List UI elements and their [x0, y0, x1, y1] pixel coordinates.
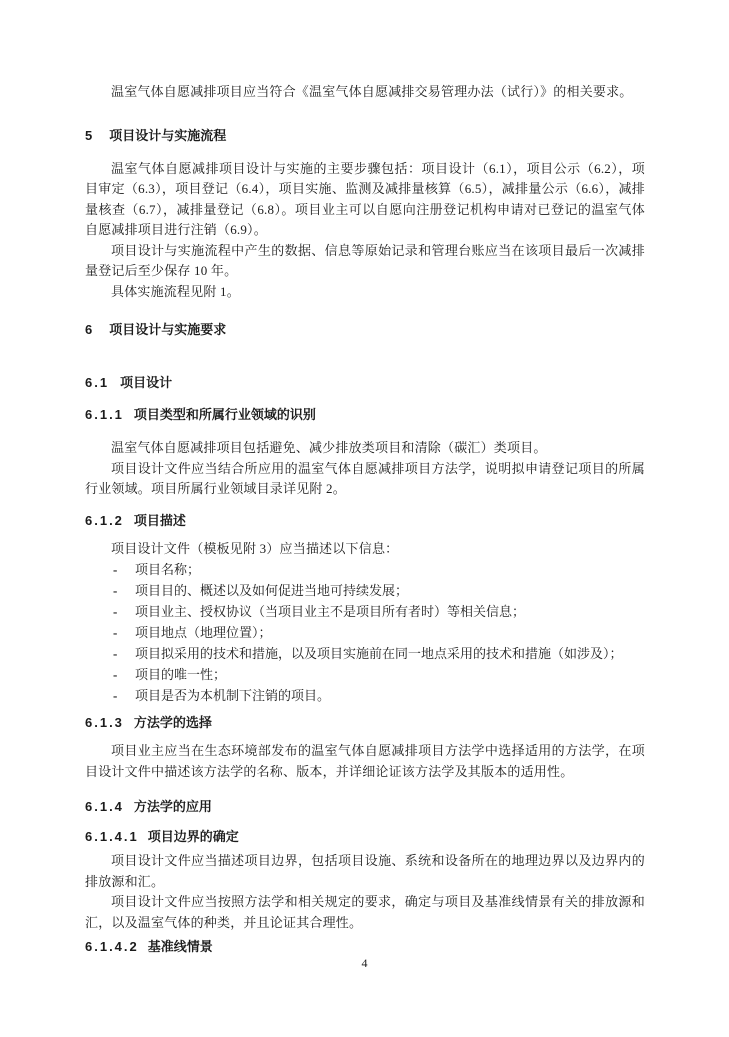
section-number: 6.1.1 [85, 405, 124, 425]
section-title: 项目设计 [120, 375, 172, 390]
paragraph-project-boundary: 项目设计文件应当描述项目边界，包括项目设施、系统和设备所在的地理边界以及边界内的… [85, 851, 645, 892]
list-item-text: 项目的唯一性； [135, 664, 226, 685]
bullet-list: - 项目名称； - 项目目的、概述以及如何促进当地可持续发展； - 项目业主、授… [85, 559, 645, 706]
bullet-dash: - [113, 622, 135, 643]
section-number: 6.1 [85, 373, 109, 393]
section-number: 6 [85, 320, 92, 340]
section-number: 6.1.4.2 [85, 937, 139, 957]
paragraph-industry-field: 项目设计文件应当结合所应用的温室气体自愿减排项目方法学，说明拟申请登记项目的所属… [85, 459, 645, 500]
section-number: 6.1.2 [85, 511, 124, 531]
document-page: 温室气体自愿减排项目应当符合《温室气体自愿减排交易管理办法（试行）》的相关要求。… [0, 0, 729, 1037]
heading-section-6-1-4-2: 6.1.4.2基准线情景 [85, 937, 645, 957]
heading-section-6-1-1: 6.1.1项目类型和所属行业领域的识别 [85, 405, 645, 425]
paragraph-emission-sources: 项目设计文件应当按照方法学和相关规定的要求，确定与项目及基准线情景有关的排放源和… [85, 892, 645, 933]
list-item: - 项目地点（地理位置）； [85, 622, 645, 643]
paragraph-intro-requirement: 温室气体自愿减排项目应当符合《温室气体自愿减排交易管理办法（试行）》的相关要求。 [85, 82, 645, 103]
list-item: - 项目拟采用的技术和措施，以及项目实施前在同一地点采用的技术和措施（如涉及）； [85, 643, 645, 664]
bullet-dash: - [113, 601, 135, 622]
heading-section-6-1-2: 6.1.2项目描述 [85, 511, 645, 531]
section-title: 项目设计与实施要求 [109, 322, 226, 337]
list-item-text: 项目名称； [135, 559, 200, 580]
list-item: - 项目名称； [85, 559, 645, 580]
paragraph-see-annex-1: 具体实施流程见附 1。 [85, 282, 645, 303]
heading-section-6-1-4: 6.1.4方法学的应用 [85, 797, 645, 817]
list-item-text: 项目目的、概述以及如何促进当地可持续发展； [135, 580, 408, 601]
section-number: 6.1.4 [85, 797, 124, 817]
paragraph-design-doc-info: 项目设计文件（模板见附 3）应当描述以下信息： [85, 539, 645, 560]
page-number: 4 [0, 956, 729, 971]
section-title: 方法学的选择 [134, 715, 212, 730]
page-content: 温室气体自愿减排项目应当符合《温室气体自愿减排交易管理办法（试行）》的相关要求。… [85, 82, 645, 957]
bullet-dash: - [113, 643, 135, 664]
heading-section-6: 6项目设计与实施要求 [85, 320, 645, 340]
list-item: - 项目的唯一性； [85, 664, 645, 685]
heading-section-5: 5项目设计与实施流程 [85, 126, 645, 146]
section-title: 方法学的应用 [134, 799, 212, 814]
list-item-text: 项目是否为本机制下注销的项目。 [135, 685, 330, 706]
paragraph-methodology-selection: 项目业主应当在生态环境部发布的温室气体自愿减排项目方法学中选择适用的方法学，在项… [85, 741, 645, 782]
paragraph-records-retention: 项目设计与实施流程中产生的数据、信息等原始记录和管理台账应当在该项目最后一次减排… [85, 241, 645, 282]
section-number: 6.1.4.1 [85, 827, 139, 847]
paragraph-process-steps: 温室气体自愿减排项目设计与实施的主要步骤包括：项目设计（6.1），项目公示（6.… [85, 159, 645, 241]
heading-section-6-1: 6.1项目设计 [85, 373, 645, 393]
heading-section-6-1-3: 6.1.3方法学的选择 [85, 713, 645, 733]
list-item-text: 项目地点（地理位置）； [135, 622, 272, 643]
bullet-dash: - [113, 559, 135, 580]
paragraph-project-types: 温室气体自愿减排项目包括避免、减少排放类项目和清除（碳汇）类项目。 [85, 438, 645, 459]
section-title: 基准线情景 [148, 939, 213, 954]
bullet-dash: - [113, 685, 135, 706]
heading-section-6-1-4-1: 6.1.4.1项目边界的确定 [85, 827, 645, 847]
section-title: 项目描述 [134, 513, 186, 528]
list-item: - 项目业主、授权协议（当项目业主不是项目所有者时）等相关信息； [85, 601, 645, 622]
section-number: 6.1.3 [85, 713, 124, 733]
list-item-text: 项目业主、授权协议（当项目业主不是项目所有者时）等相关信息； [135, 601, 525, 622]
list-item: - 项目目的、概述以及如何促进当地可持续发展； [85, 580, 645, 601]
section-title: 项目设计与实施流程 [109, 128, 226, 143]
section-title: 项目边界的确定 [148, 829, 239, 844]
section-number: 5 [85, 126, 92, 146]
bullet-dash: - [113, 580, 135, 601]
section-title: 项目类型和所属行业领域的识别 [134, 407, 316, 422]
list-item-text: 项目拟采用的技术和措施，以及项目实施前在同一地点采用的技术和措施（如涉及）； [135, 643, 623, 664]
list-item: - 项目是否为本机制下注销的项目。 [85, 685, 645, 706]
bullet-dash: - [113, 664, 135, 685]
